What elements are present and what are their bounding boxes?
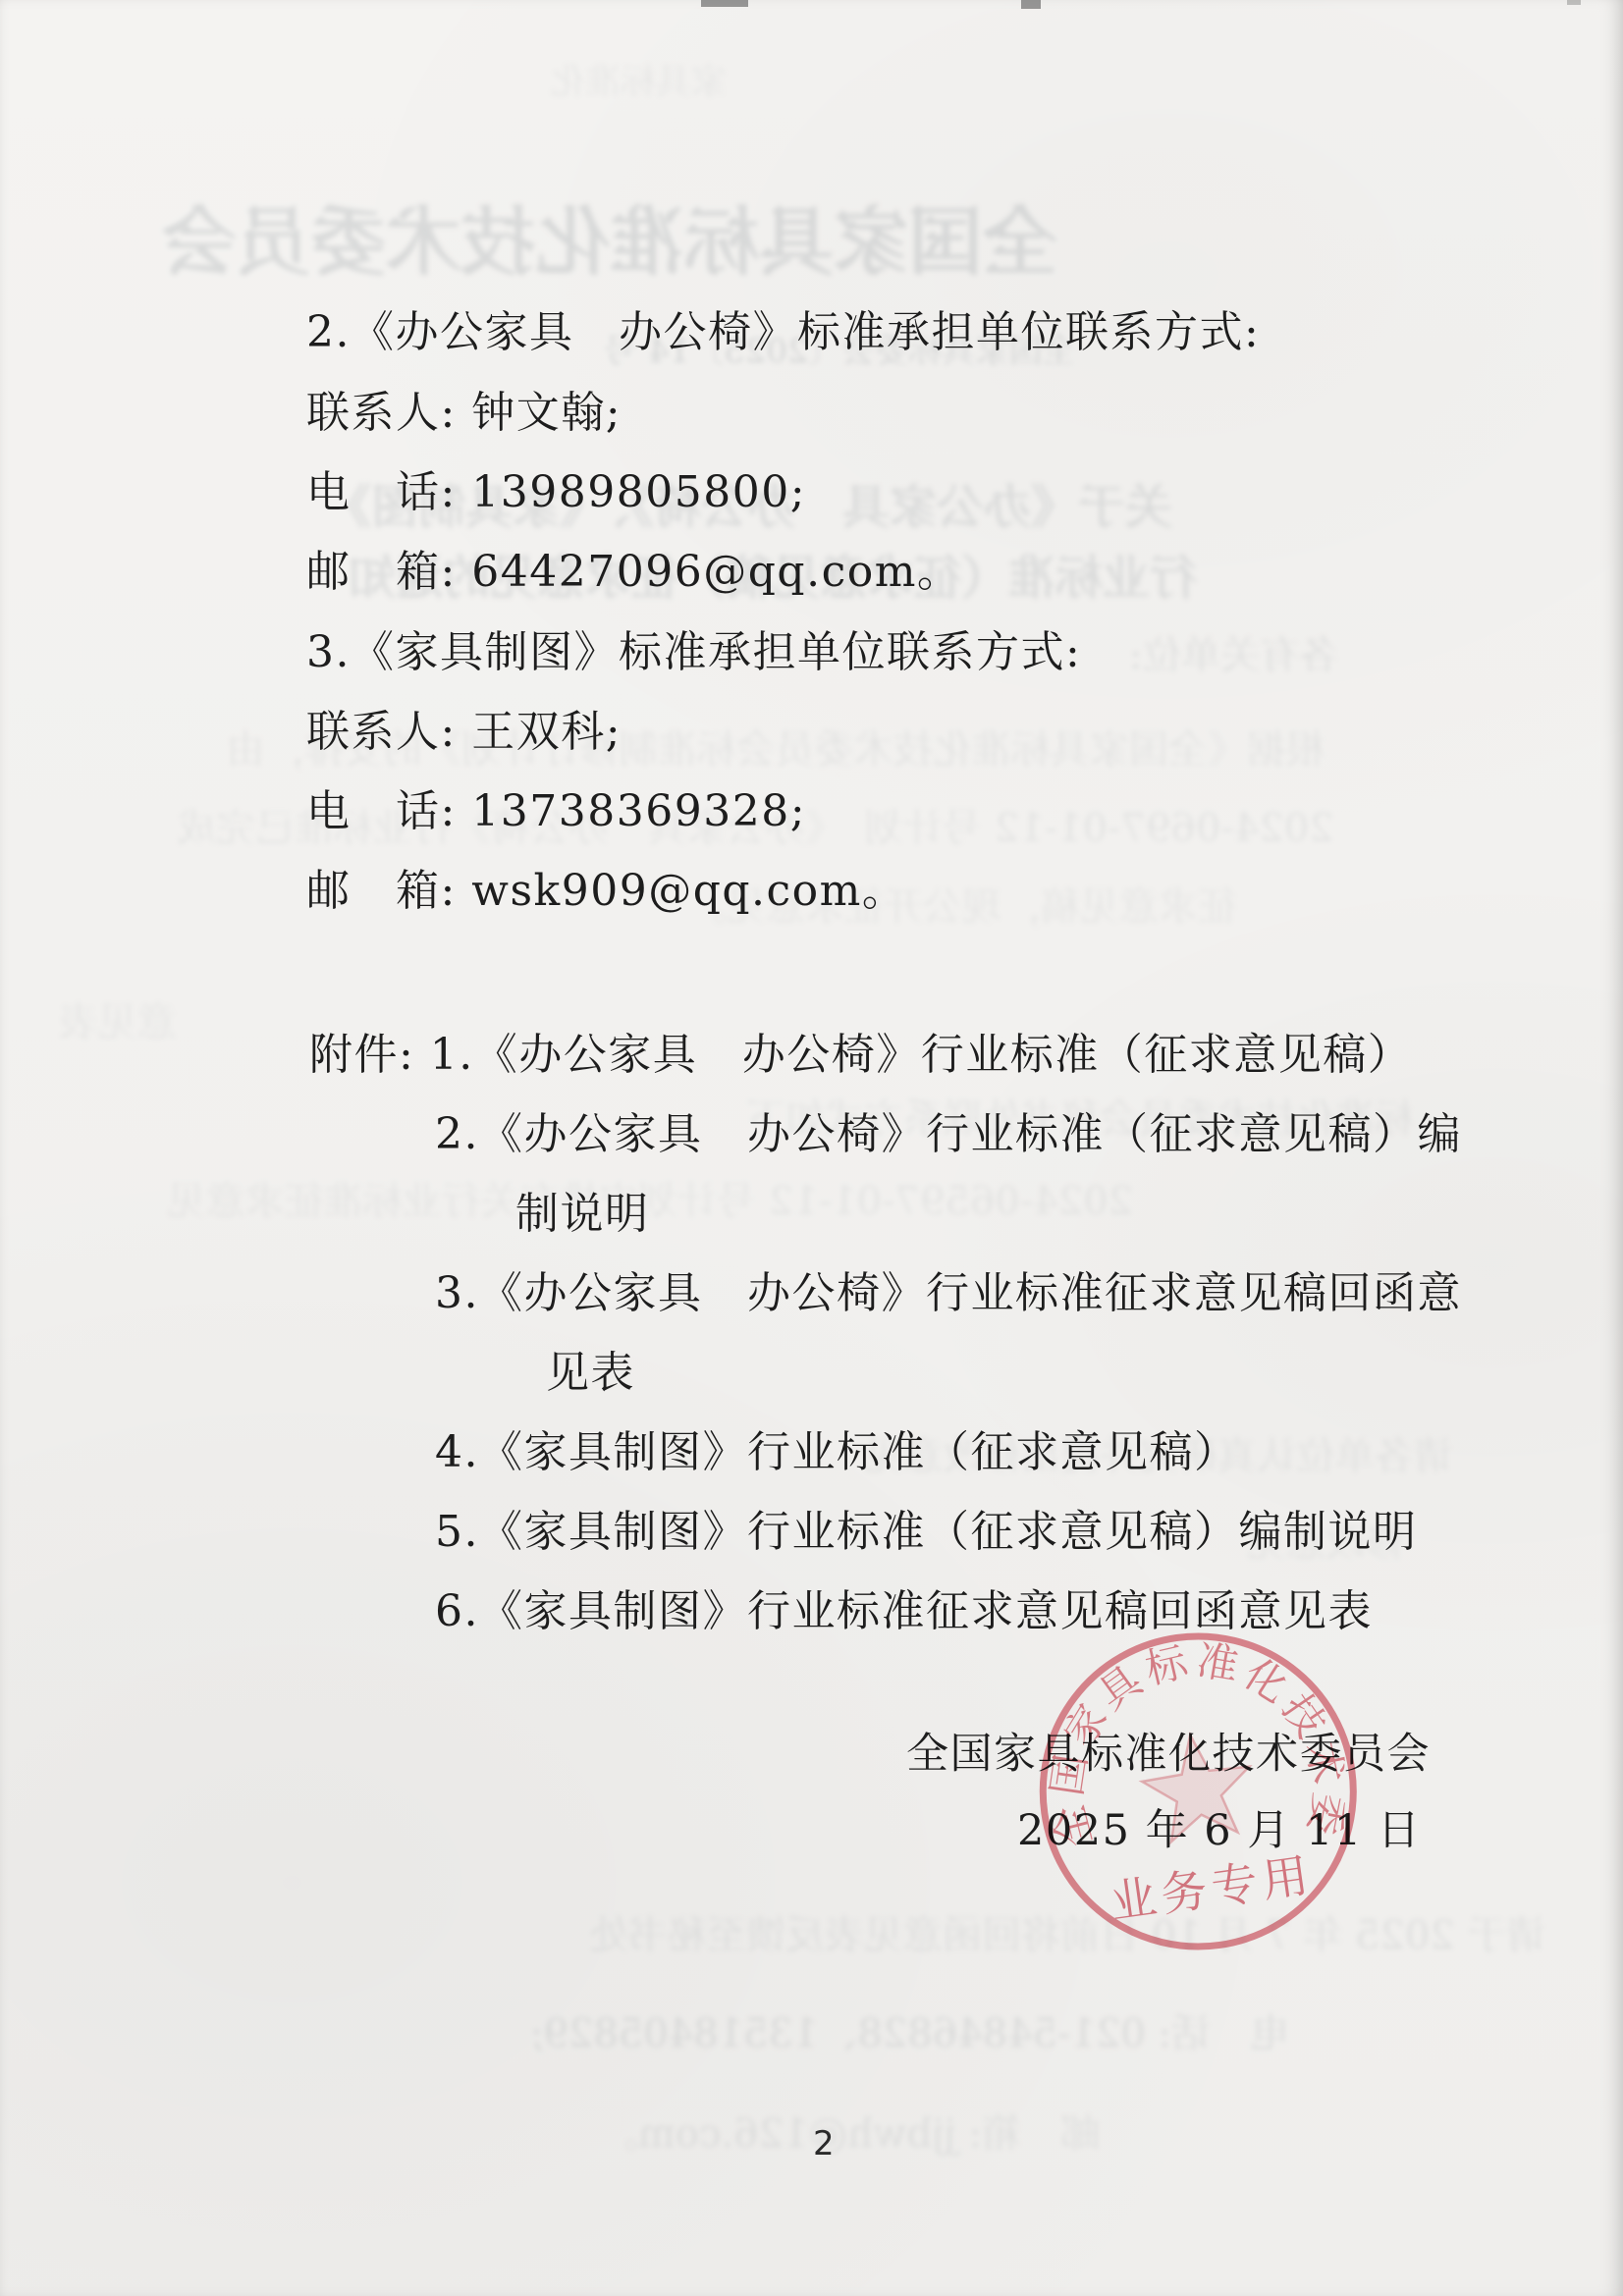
contact-3-person: 联系人: 王双科; [306,696,622,759]
attachment-line: 见表 [546,1337,635,1400]
bleedthrough-text: 电 话: 021-54846828、13518405829; [530,2002,1289,2058]
contact-section-3-heading: 3.《家具制图》标准承担单位联系方式: [306,616,1081,679]
attachment-line: 2.《办公家具 办公椅》行业标准（征求意见稿）编 [435,1098,1462,1161]
stamp-star-icon [1137,1728,1259,1844]
attachment-line: 5.《家具制图》行业标准（征求意见稿）编制说明 [435,1496,1417,1559]
contact-section-2-heading: 2.《办公家具 办公椅》标准承担单位联系方式: [306,296,1260,359]
contact-2-phone: 电 话: 13989805800; [306,456,806,519]
scanned-document-page: 全国家具标准化技术委员会 全国家具标委会〔2025〕14 号 关于《办公家具 办… [0,0,1623,2296]
bleedthrough-text: 邮 箱: jjbwh@126.com。 [599,2103,1100,2159]
attachment-line: 附件: 1.《办公家具 办公椅》行业标准（征求意见稿） [309,1019,1412,1082]
scan-artifact [701,0,748,7]
bleedthrough-text: 全国家具标准化技术委员会 [162,183,1057,290]
scan-artifact [1567,0,1581,5]
attachment-line: 4.《家具制图》行业标准（征求意见稿） [435,1416,1238,1479]
bleedthrough-text: 意见表 [59,991,177,1047]
bleedthrough-text: 家具标准化 [550,54,727,104]
bleedthrough-text: 各有关单位: [1129,624,1338,680]
contact-3-phone: 电 话: 13738369328; [306,775,806,838]
contact-2-email: 邮 箱: 64427096@qq.com。 [306,536,961,599]
attachment-line: 3.《办公家具 办公椅》行业标准征求意见稿回函意 [435,1257,1462,1320]
bleedthrough-text: 2024-06597-01-12 号计划安排有关行业标准征求意见 [167,1170,1133,1226]
official-stamp: 全国家具标准化技术委员会 业务专用 [1011,1603,1383,1975]
attachment-line: 制说明 [515,1178,650,1241]
page-number: 2 [813,2124,835,2163]
contact-2-person: 联系人: 钟文翰; [306,377,622,440]
contact-3-email: 邮 箱: wsk909@qq.com。 [306,855,906,918]
scan-artifact [1021,0,1041,9]
